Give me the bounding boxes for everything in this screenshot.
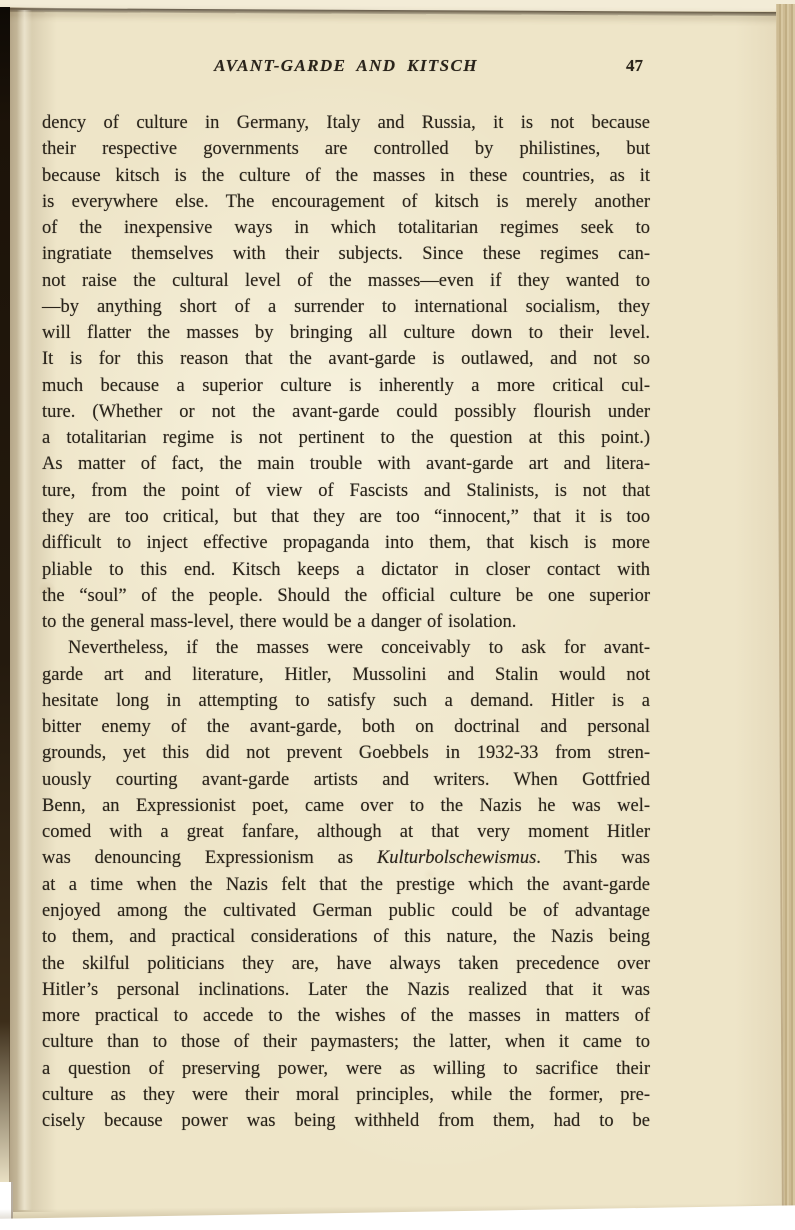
page-number: 47 (626, 56, 643, 76)
text-line: enjoyed among the cultivated German publ… (42, 898, 650, 924)
text-line: As matter of fact, the main trouble with… (42, 451, 650, 477)
gutter-fold-highlight (17, 10, 32, 1210)
text-line: —by anything short of a surrender to int… (42, 294, 650, 320)
text-line: much because a superior culture is inher… (42, 373, 650, 399)
text-line: a question of preserving power, were as … (42, 1056, 650, 1082)
scanned-page: AVANT-GARDE AND KITSCH 47 dency of cultu… (0, 0, 795, 1230)
text-line: garde art and literature, Hitler, Mussol… (42, 662, 650, 688)
printed-content: AVANT-GARDE AND KITSCH 47 dency of cultu… (42, 56, 650, 1134)
text-line: culture than to those of their paymaster… (42, 1029, 650, 1055)
text-line: dency of culture in Germany, Italy and R… (42, 110, 650, 136)
text-line: ture, from the point of view of Fascists… (42, 478, 650, 504)
text-line: their respective governments are control… (42, 136, 650, 162)
text-line: at a time when the Nazis felt that the p… (42, 872, 650, 898)
text-line: to them, and practical considerations of… (42, 924, 650, 950)
text-line: Hitler’s personal inclinations. Later th… (42, 977, 650, 1003)
text-line: the skilful politicians they are, have a… (42, 951, 650, 977)
text-line: Benn, an Expressionist poet, came over t… (42, 793, 650, 819)
book-gutter-shadow (0, 7, 10, 1187)
text-line: It is for this reason that the avant-gar… (42, 346, 650, 372)
text-line: ingratiate themselves with their subject… (42, 241, 650, 267)
page-body: dency of culture in Germany, Italy and R… (42, 110, 650, 1134)
text-line: comed with a great fanfare, although at … (42, 819, 650, 845)
text-line: ture. (Whether or not the avant-garde co… (42, 399, 650, 425)
text-line: bitter enemy of the avant-garde, both on… (42, 714, 650, 740)
text-line: uously courting avant-garde artists and … (42, 767, 650, 793)
chapter-title: AVANT-GARDE AND KITSCH (214, 56, 478, 76)
text-line: is everywhere else. The encouragement of… (42, 189, 650, 215)
text-line: was denouncing Expressionism as Kulturbo… (42, 845, 650, 871)
text-line: will flatter the masses by bringing all … (42, 320, 650, 346)
text-line: pliable to this end. Kitsch keeps a dict… (42, 557, 650, 583)
text-line: of the inexpensive ways in which totalit… (42, 215, 650, 241)
text-line: hesitate long in attempting to satisfy s… (42, 688, 650, 714)
text-line: more practical to accede to the wishes o… (42, 1003, 650, 1029)
text-line: a totalitarian regime is not pertinent t… (42, 425, 650, 451)
running-header: AVANT-GARDE AND KITSCH 47 (42, 56, 650, 80)
text-line: difficult to inject effective propaganda… (42, 530, 650, 556)
text-line: Nevertheless, if the masses were conceiv… (42, 635, 650, 661)
text-line: cisely because power was being withheld … (42, 1108, 650, 1134)
text-line: because kitsch is the culture of the mas… (42, 163, 650, 189)
text-line: not raise the cultural level of the mass… (42, 268, 650, 294)
text-line: the “soul” of the people. Should the off… (42, 583, 650, 609)
text-line: grounds, yet this did not prevent Goebbe… (42, 740, 650, 766)
text-line: culture as they were their moral princip… (42, 1082, 650, 1108)
text-line: to the general mass-level, there would b… (42, 609, 650, 635)
text-line: they are too critical, but that they are… (42, 504, 650, 530)
